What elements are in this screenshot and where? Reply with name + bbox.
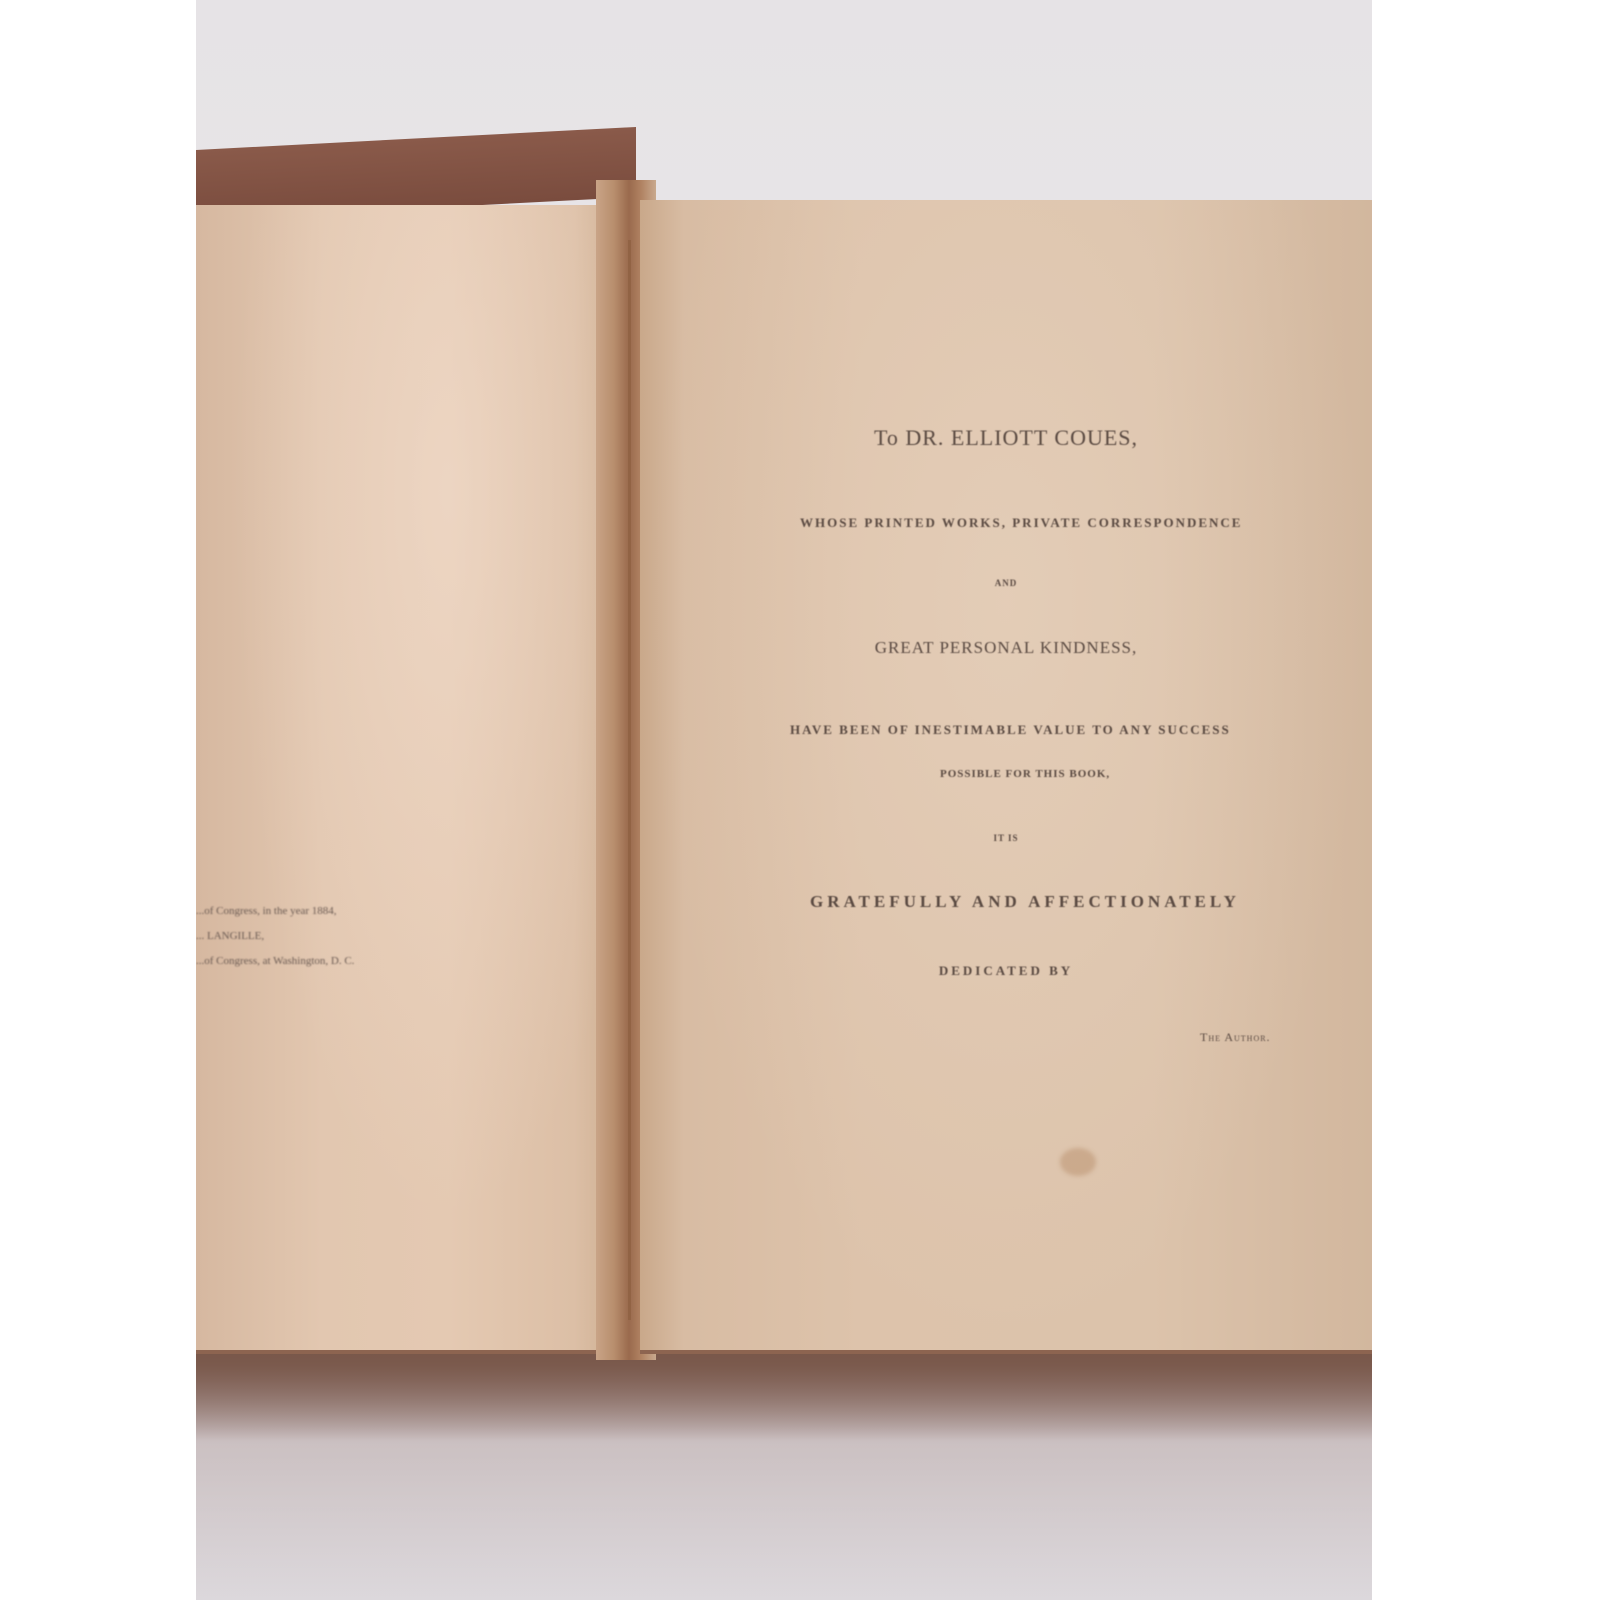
dedication-signature: The Author.: [1200, 1030, 1372, 1045]
foxing-stain: [1060, 1148, 1096, 1176]
dedication-line-9: DEDICATED BY: [640, 963, 1372, 979]
left-page: ...of Congress, in the year 1884, ... LA…: [196, 205, 616, 1354]
binding-thread: [628, 240, 631, 1320]
dedication-recipient: To DR. ELLIOTT COUES,: [640, 425, 1372, 451]
dedication-line-4: GREAT PERSONAL KINDNESS,: [640, 638, 1372, 658]
dedication-line-8: GRATEFULLY AND AFFECTIONATELY: [810, 892, 1372, 912]
dedication-line-7: IT IS: [640, 833, 1372, 843]
dedication-line-5: HAVE BEEN OF INESTIMABLE VALUE TO ANY SU…: [790, 722, 1372, 738]
copyright-line-2: ... LANGILLE,: [196, 930, 264, 942]
book-photo: ...of Congress, in the year 1884, ... LA…: [196, 0, 1372, 1600]
copyright-line-3: ...of Congress, at Washington, D. C.: [196, 955, 354, 967]
dedication-page: To DR. ELLIOTT COUES, WHOSE PRINTED WORK…: [640, 200, 1372, 1354]
dedication-line-3: AND: [640, 578, 1372, 588]
dedication-line-6: POSSIBLE FOR THIS BOOK,: [940, 768, 1200, 780]
dedication-line-2: WHOSE PRINTED WORKS, PRIVATE CORRESPONDE…: [800, 515, 1372, 531]
copyright-line-1: ...of Congress, in the year 1884,: [196, 905, 337, 917]
